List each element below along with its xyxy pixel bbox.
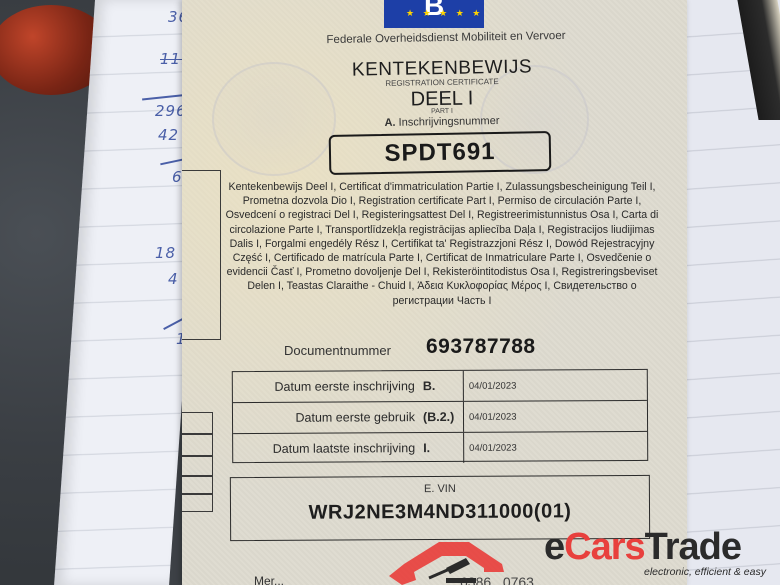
date-label: Datum eerste inschrijving [274,379,414,394]
document-number: 693787788 [426,335,536,359]
date-code: I. [423,441,457,455]
date-value: 04/01/2023 [464,370,647,401]
eu-flag: B ★ ★ ★ ★ ★ [384,0,484,28]
date-value: 04/01/2023 [464,401,647,432]
ecarstrade-logo-icon [384,528,534,585]
handwriting-7: 4 [168,270,179,288]
date-code: B. [423,379,457,393]
multilingual-text: Kentekenbewijs Deel I, Certificat d'imma… [222,180,662,308]
vin-number: WRJ2NE3M4ND311000(01) [231,500,649,525]
table-row: Datum eerste inschrijving B. 04/01/2023 [233,370,647,403]
table-row: Datum laatste inschrijving I. 04/01/2023 [233,432,647,464]
registration-label-text: Inschrijvingsnummer [398,115,499,129]
side-frame [182,170,221,340]
vin-label: E. VIN [231,482,649,496]
handwriting-5: 6 [172,168,183,186]
registration-label-code: A. [384,117,395,129]
ecarstrade-tagline: electronic, efficient & easy [644,566,766,578]
ecarstrade-logo-text: eCarsTrade [544,526,741,569]
date-label: Datum eerste gebruik [295,410,415,425]
agency-name: Federale Overheidsdienst Mobiliteit en V… [296,29,596,46]
registration-document: B ★ ★ ★ ★ ★ Federale Overheidsdienst Mob… [182,0,687,585]
registration-number-box: SPDT691 [329,131,552,175]
eu-stars-icon: ★ ★ ★ ★ ★ [406,8,483,19]
handwriting-6: 18 [155,244,176,262]
dates-table: Datum eerste inschrijving B. 04/01/2023 … [232,369,648,463]
side-small-boxes [182,412,213,512]
date-label: Datum laatste inschrijving [273,441,415,456]
handwriting-4: 42 [158,126,179,144]
document-number-label: Documentnummer [284,343,391,358]
date-value: 04/01/2023 [464,432,647,463]
table-row: Datum eerste gebruik (B.2.) 04/01/2023 [233,401,647,434]
bottom-partial-text: Mer... [254,574,284,585]
registration-number: SPDT691 [384,138,496,168]
date-code: (B.2.) [423,410,457,424]
